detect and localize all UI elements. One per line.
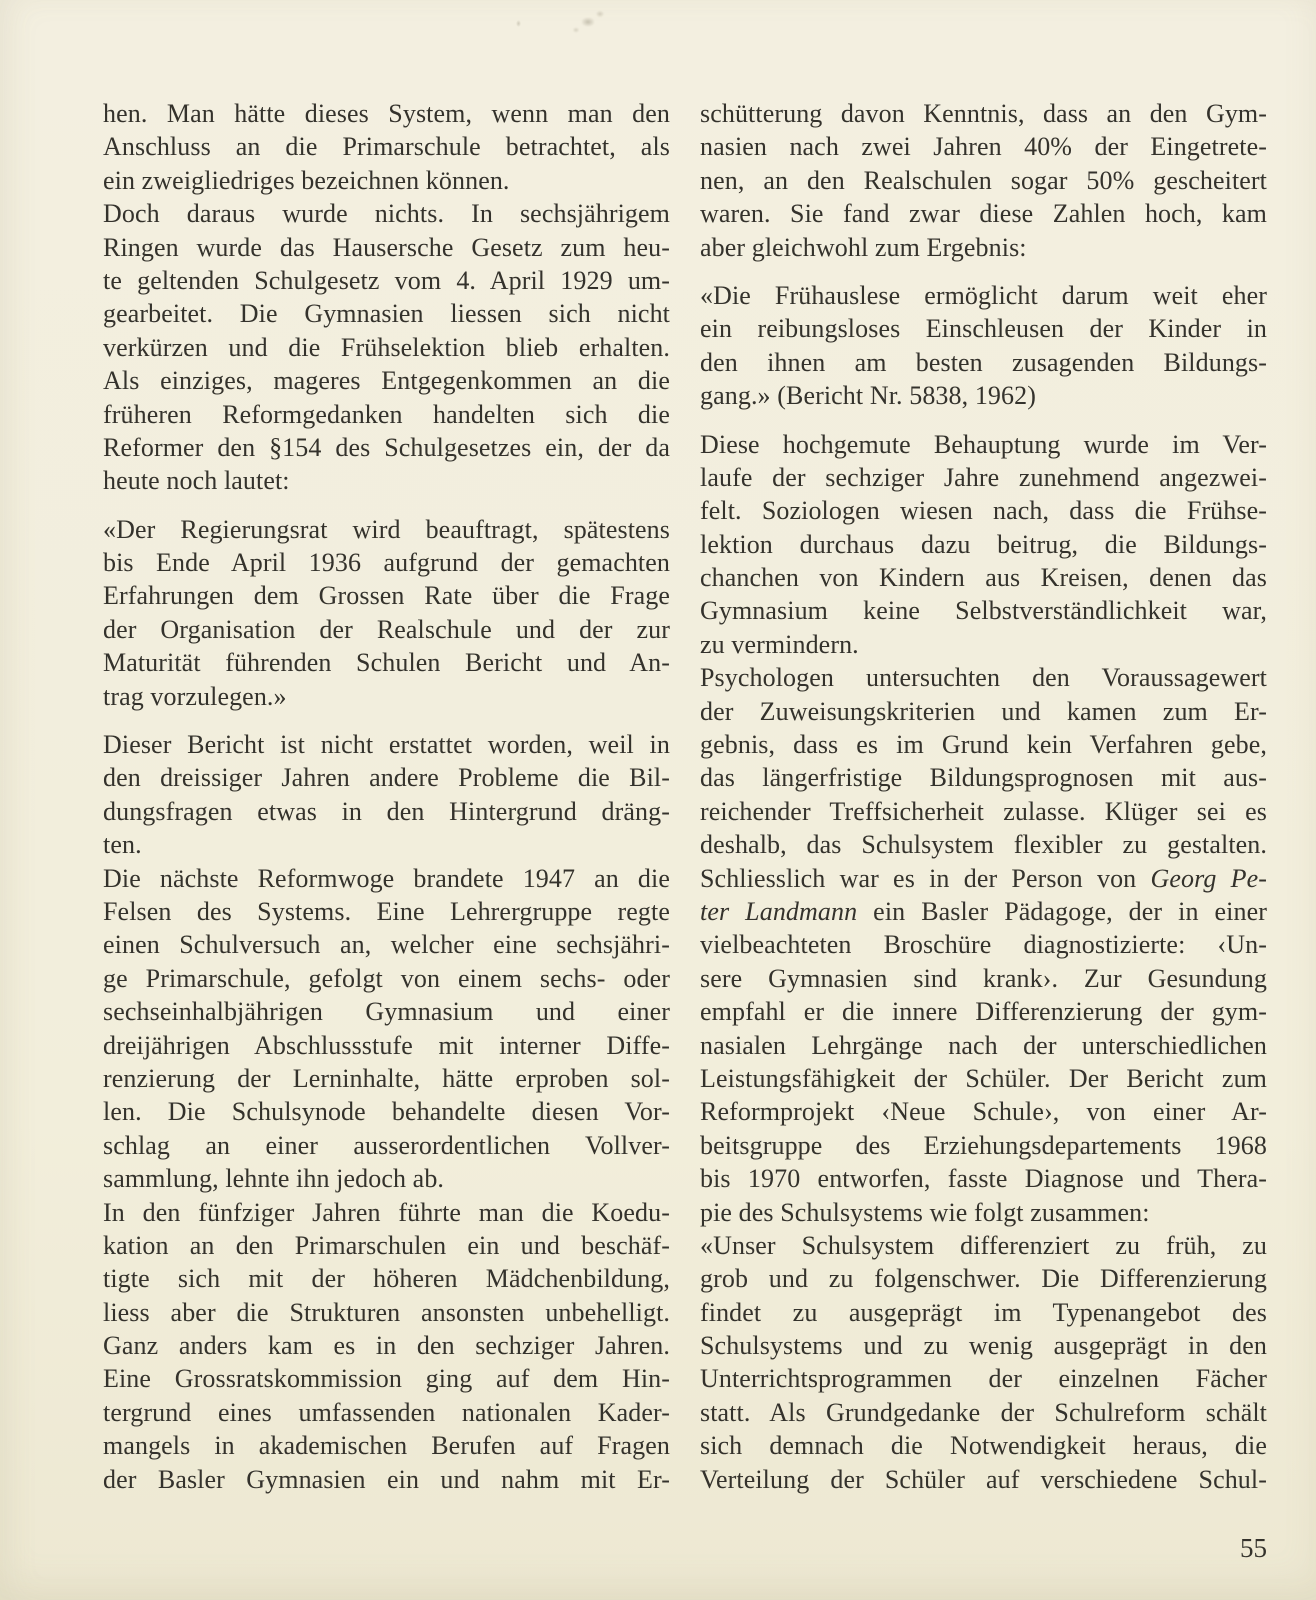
scanned-book-page: { "colors": { "paper": "#f2eedd", "ink":… xyxy=(0,0,1316,1600)
text-line: Die nächste Reformwoge brandete 1947 an … xyxy=(103,862,670,895)
text-line: ein zweigliedriges bezeichnen können. xyxy=(103,164,670,197)
text-line: gearbeitet. Die Gymnasien liessen sich n… xyxy=(103,297,670,330)
text-line: liess aber die Strukturen ansonsten unbe… xyxy=(103,1296,670,1329)
text-line: dreijährigen Abschlussstufe mit interner… xyxy=(103,1029,670,1062)
quote-block: «Die Frühauslese ermöglicht darum weit e… xyxy=(700,279,1267,413)
text-line: ten. xyxy=(103,828,670,861)
text-line: Maturität führenden Schulen Bericht und … xyxy=(103,646,670,679)
text-line: den dreissiger Jahren andere Probleme di… xyxy=(103,761,670,794)
paragraph-block: Dieser Bericht ist nicht erstattet worde… xyxy=(103,728,670,1496)
text-line: aber gleichwohl zum Ergebnis: xyxy=(700,231,1267,264)
text-line: laufe der sechziger Jahre zunehmend ange… xyxy=(700,461,1267,494)
text-segment: ein Basler Pädagoge, der in einer xyxy=(857,897,1267,926)
text-line: pie des Schulsystems wie folgt zusammen: xyxy=(700,1196,1267,1229)
scan-smudge-mark xyxy=(558,4,610,38)
text-line: Schliesslich war es in der Person von Ge… xyxy=(700,862,1267,895)
text-column-left: hen. Man hätte dieses System, wenn man d… xyxy=(103,97,670,1496)
scan-dot-mark xyxy=(516,20,521,27)
text-line: schlag an einer ausserordentlichen Vollv… xyxy=(103,1129,670,1162)
text-line: Anschluss an die Primarschule betrachtet… xyxy=(103,130,670,163)
text-line: nasien nach zwei Jahren 40% der Eingetre… xyxy=(700,130,1267,163)
text-line: ein reibungsloses Einschleusen der Kinde… xyxy=(700,312,1267,345)
text-line: sich demnach die Notwendigkeit heraus, d… xyxy=(700,1429,1267,1462)
text-line: bis Ende April 1936 aufgrund der gemacht… xyxy=(103,546,670,579)
text-line: renzierung der Lerninhalte, hätte erprob… xyxy=(103,1062,670,1095)
text-line: te geltenden Schulgesetz vom 4. April 19… xyxy=(103,264,670,297)
text-line: lektion durchaus dazu beitrug, die Bildu… xyxy=(700,528,1267,561)
text-line: dungsfragen etwas in den Hintergrund drä… xyxy=(103,795,670,828)
text-line: chanchen von Kindern aus Kreisen, denen … xyxy=(700,561,1267,594)
text-line: findet zu ausgeprägt im Typenangebot des xyxy=(700,1296,1267,1329)
text-line: sechseinhalbjährigen Gymnasium und einer xyxy=(103,995,670,1028)
text-line: empfahl er die innere Differenzierung de… xyxy=(700,995,1267,1028)
text-line: Gymnasium keine Selbstverständlichkeit w… xyxy=(700,594,1267,627)
text-line: verkürzen und die Frühselektion blieb er… xyxy=(103,331,670,364)
text-line: grob und zu folgenschwer. Die Differenzi… xyxy=(700,1262,1267,1295)
text-line: tigte sich mit der höheren Mädchenbildun… xyxy=(103,1262,670,1295)
text-line: kation an den Primarschulen ein und besc… xyxy=(103,1229,670,1262)
text-line: sammlung, lehnte ihn jedoch ab. xyxy=(103,1162,670,1195)
text-line: früheren Reformgedanken handelten sich d… xyxy=(103,398,670,431)
text-line: sere Gymnasien sind krank›. Zur Gesundun… xyxy=(700,962,1267,995)
text-line: len. Die Schulsynode behandelte diesen V… xyxy=(103,1095,670,1128)
italic-text-segment: Georg Pe- xyxy=(1150,864,1267,893)
text-line: Unterrichtsprogrammen der einzelnen Fäch… xyxy=(700,1362,1267,1395)
text-line: beitsgruppe des Erziehungsdepartements 1… xyxy=(700,1129,1267,1162)
text-line: einen Schulversuch an, welcher eine sech… xyxy=(103,928,670,961)
text-column-right: schütterung davon Kenntnis, dass an den … xyxy=(700,97,1267,1496)
text-line: Eine Grossratskommission ging auf dem Hi… xyxy=(103,1362,670,1395)
text-line: Erfahrungen dem Grossen Rate über die Fr… xyxy=(103,579,670,612)
text-line: nasialen Lehrgänge nach der unterschiedl… xyxy=(700,1029,1267,1062)
text-line: Als einziges, mageres Entgegenkommen an … xyxy=(103,364,670,397)
text-line: «Unser Schulsystem differenziert zu früh… xyxy=(700,1229,1267,1262)
text-line: Verteilung der Schüler auf verschiedene … xyxy=(700,1463,1267,1496)
text-line: der Zuweisungskriterien und kamen zum Er… xyxy=(700,695,1267,728)
text-line: statt. Als Grundgedanke der Schulreform … xyxy=(700,1396,1267,1429)
text-line: schütterung davon Kenntnis, dass an den … xyxy=(700,97,1267,130)
text-line: Doch daraus wurde nichts. In sechsjährig… xyxy=(103,197,670,230)
text-line: ter Landmann ein Basler Pädagoge, der in… xyxy=(700,895,1267,928)
text-line: Felsen des Systems. Eine Lehrergruppe re… xyxy=(103,895,670,928)
paragraph-block: hen. Man hätte dieses System, wenn man d… xyxy=(103,97,670,498)
text-line: «Die Frühauslese ermöglicht darum weit e… xyxy=(700,279,1267,312)
text-line: Leistungsfähigkeit der Schüler. Der Beri… xyxy=(700,1062,1267,1095)
text-line: der Basler Gymnasien ein und nahm mit Er… xyxy=(103,1463,670,1496)
book-page: hen. Man hätte dieses System, wenn man d… xyxy=(0,0,1316,1600)
text-line: gebnis, dass es im Grund kein Verfahren … xyxy=(700,728,1267,761)
text-line: Ringen wurde das Hausersche Gesetz zum h… xyxy=(103,231,670,264)
text-segment: Schliesslich war es in der Person von xyxy=(700,864,1150,893)
text-line: bis 1970 entworfen, fasste Diagnose und … xyxy=(700,1162,1267,1195)
text-line: deshalb, das Schulsystem flexibler zu ge… xyxy=(700,828,1267,861)
text-line: heute noch lautet: xyxy=(103,464,670,497)
text-line: der Organisation der Realschule und der … xyxy=(103,613,670,646)
text-line: trag vorzulegen.» xyxy=(103,680,670,713)
text-line: mangels in akademischen Berufen auf Frag… xyxy=(103,1429,670,1462)
text-line: In den fünfziger Jahren führte man die K… xyxy=(103,1196,670,1229)
text-line: Reformprojekt ‹Neue Schule›, von einer A… xyxy=(700,1095,1267,1128)
italic-text-segment: ter Landmann xyxy=(700,897,857,926)
text-line: das längerfristige Bildungsprognosen mit… xyxy=(700,761,1267,794)
text-line: hen. Man hätte dieses System, wenn man d… xyxy=(103,97,670,130)
text-line: den ihnen am besten zusagenden Bildungs- xyxy=(700,346,1267,379)
text-line: felt. Soziologen wiesen nach, dass die F… xyxy=(700,494,1267,527)
paragraph-block: schütterung davon Kenntnis, dass an den … xyxy=(700,97,1267,264)
paragraph-block: Diese hochgemute Behauptung wurde im Ver… xyxy=(700,428,1267,1497)
text-line: zu vermindern. xyxy=(700,628,1267,661)
text-line: Psychologen untersuchten den Voraussagew… xyxy=(700,661,1267,694)
page-number: 55 xyxy=(700,1533,1267,1564)
text-line: Diese hochgemute Behauptung wurde im Ver… xyxy=(700,428,1267,461)
text-line: «Der Regierungsrat wird beauftragt, spät… xyxy=(103,513,670,546)
text-line: reichender Treffsicherheit zulasse. Klüg… xyxy=(700,795,1267,828)
text-line: vielbeachteten Broschüre diagnostizierte… xyxy=(700,928,1267,961)
text-line: Dieser Bericht ist nicht erstattet worde… xyxy=(103,728,670,761)
text-line: gang.» (Bericht Nr. 5838, 1962) xyxy=(700,379,1267,412)
text-line: Ganz anders kam es in den sechziger Jahr… xyxy=(103,1329,670,1362)
text-line: Reformer den §154 des Schulgesetzes ein,… xyxy=(103,431,670,464)
quote-block: «Der Regierungsrat wird beauftragt, spät… xyxy=(103,513,670,713)
text-line: nen, an den Realschulen sogar 50% gesche… xyxy=(700,164,1267,197)
text-line: ge Primarschule, gefolgt von einem sechs… xyxy=(103,962,670,995)
text-line: Schulsystems und zu wenig ausgeprägt in … xyxy=(700,1329,1267,1362)
text-line: tergrund eines umfassenden nationalen Ka… xyxy=(103,1396,670,1429)
text-line: waren. Sie fand zwar diese Zahlen hoch, … xyxy=(700,197,1267,230)
